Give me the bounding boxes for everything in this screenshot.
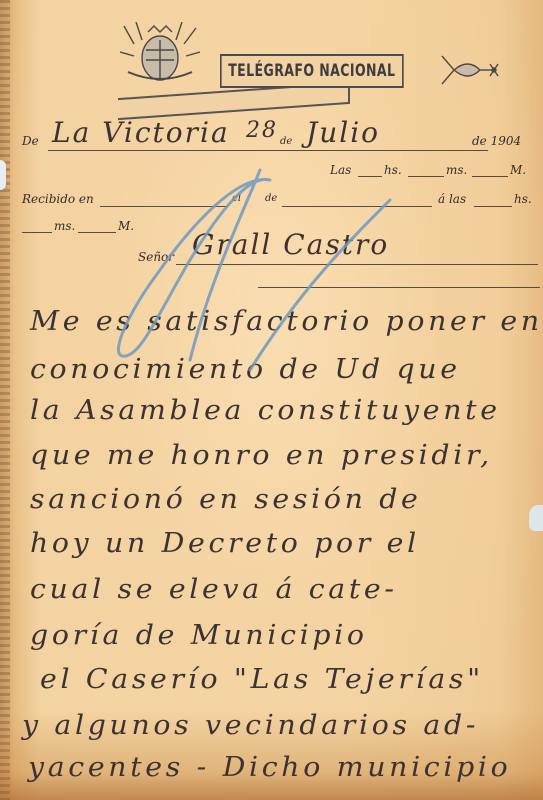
recibido-label: Recibido en [22,192,94,206]
minutes-line [408,176,444,177]
ornament-icon [440,50,500,90]
recv-ms-label: ms. [54,219,75,233]
body-line-10: y algunos vecindarios ad- [22,710,479,741]
origin-line [48,150,488,151]
body-line-1: Me es satisfactorio poner en [30,306,543,337]
day-field[interactable]: 28 [246,118,278,143]
body-line-11: yacentes - Dicho municipio [28,752,511,783]
date-line [282,206,432,207]
torn-edge [529,505,543,531]
body-line-3: la Asamblea constituyente [30,395,501,426]
hs-label: hs. [384,163,402,177]
body-line-8: goría de Municipio [30,620,368,651]
month-field[interactable]: Julio [306,116,380,149]
year-label: de 1904 [472,134,521,148]
paper-chip [0,160,6,190]
de-label-2: de [280,136,292,147]
las-label: Las [330,163,351,177]
a-las-label: á las [438,192,466,206]
recibido-line [100,206,228,207]
de-label: De [22,134,39,148]
recipient-name[interactable]: Grall Castro [192,228,389,261]
recv-meridian-line [78,232,116,233]
recv-hours-line [474,206,512,207]
body-line-6: hoy un Decreto por el [30,528,420,559]
de-label-3: de [265,193,277,204]
body-line-2: conocimiento de Ud que [30,354,461,385]
hours-line [358,176,382,177]
meridian-line [472,176,508,177]
body-line-4: que me honro en presidir, [30,440,493,471]
body-line-9: el Caserío "Las Tejerías" [40,664,484,695]
m-label: M. [510,163,526,177]
letterhead: TELÉGRAFO NACIONAL [110,14,480,114]
recv-m-label: M. [118,219,134,233]
letterhead-title: TELÉGRAFO NACIONAL [220,54,404,88]
coat-of-arms-icon [120,22,200,86]
ms-label: ms. [446,163,467,177]
origin-field[interactable]: La Victoria [52,116,230,149]
recv-hs-label: hs. [514,192,532,206]
recipient-line [176,264,538,265]
senor-label: Señor [138,250,174,264]
recv-minutes-line [22,232,52,233]
el-label: el [232,193,241,204]
address-line [258,287,540,288]
body-line-5: sancionó en sesión de [30,484,422,515]
body-line-7: cual se eleva á cate- [30,574,398,605]
